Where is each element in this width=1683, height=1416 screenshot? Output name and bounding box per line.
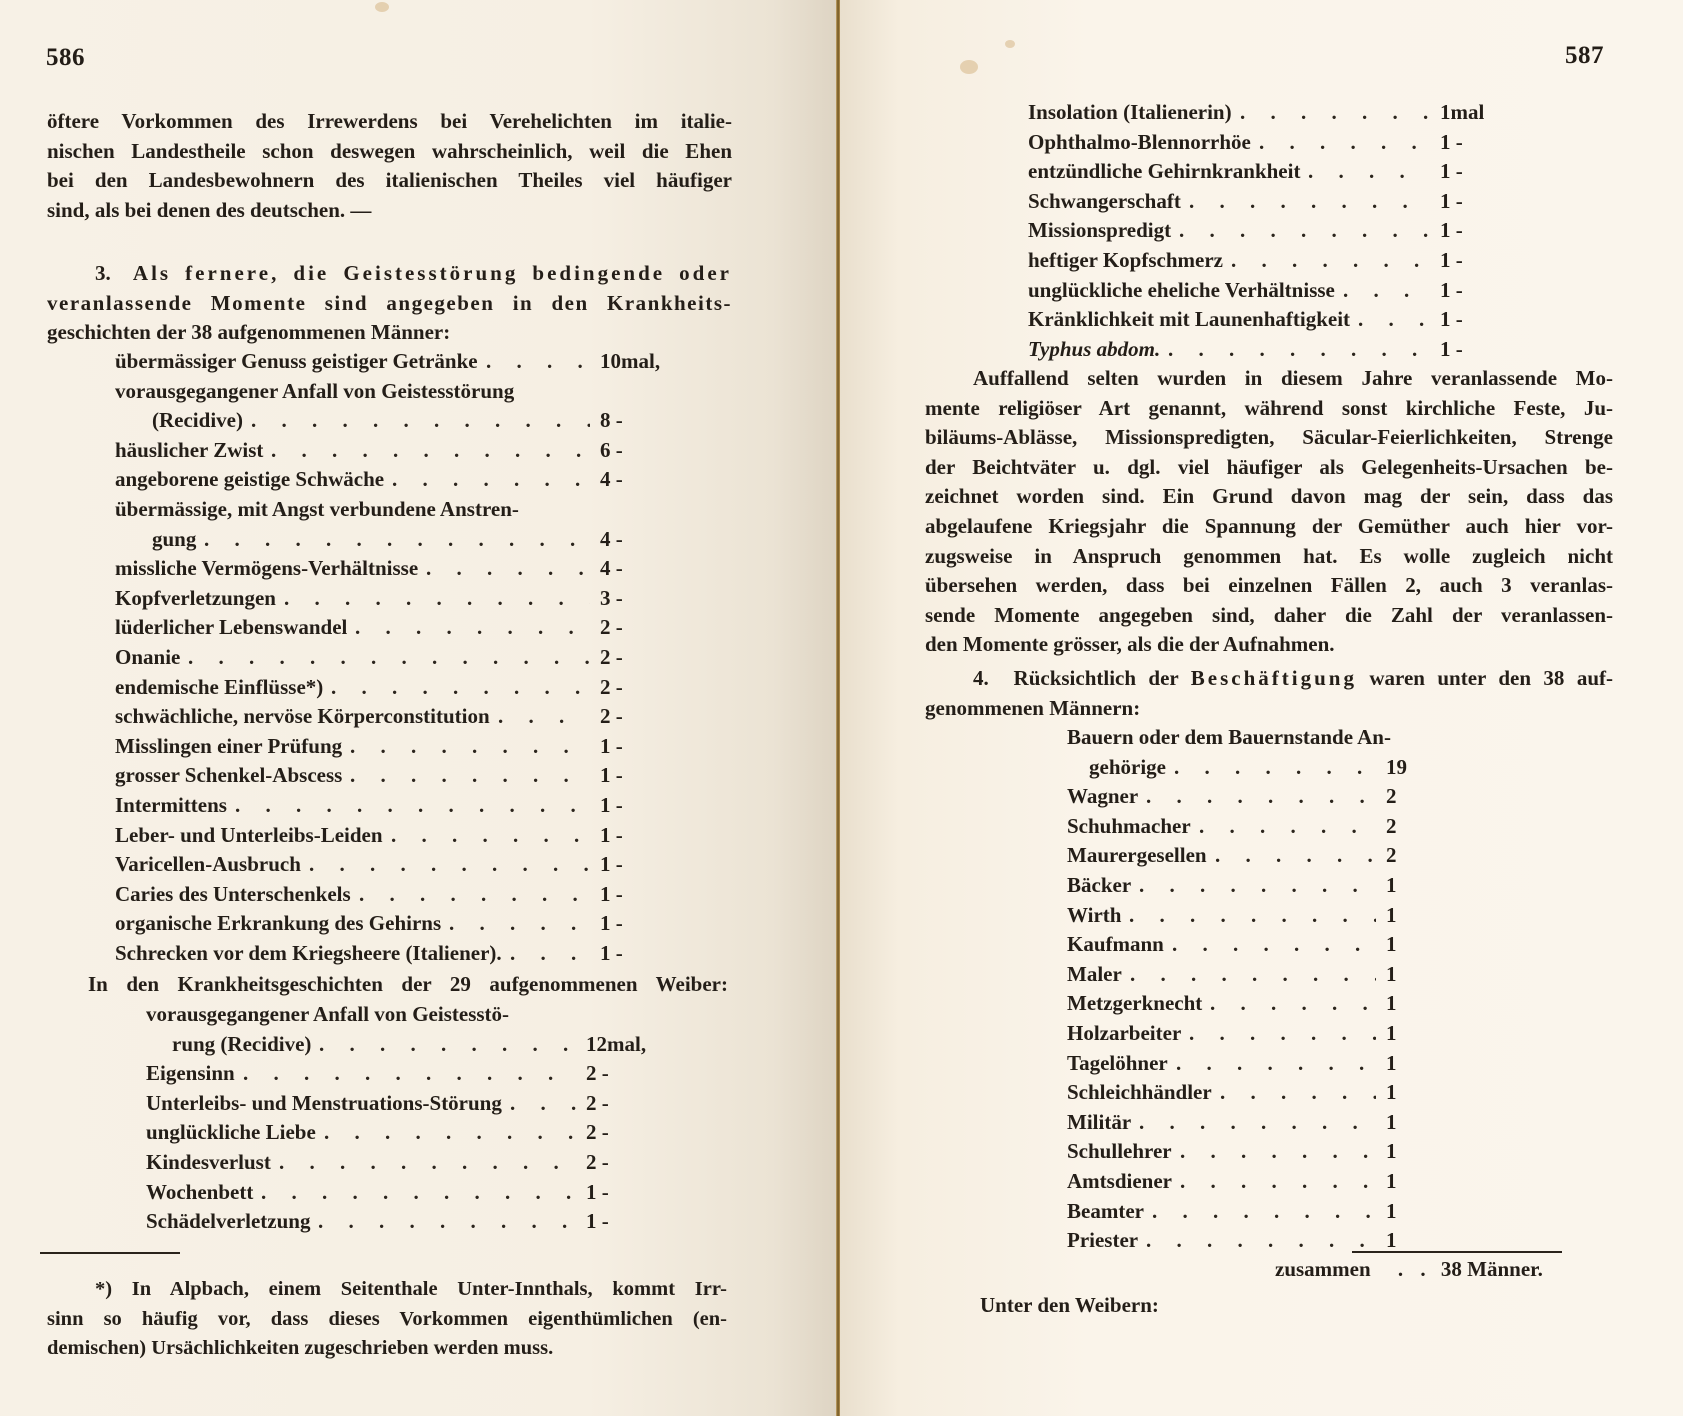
item-count: 1mal	[1440, 98, 1484, 128]
list-item: Wirth . . . . . . . . . . . . . . . . . …	[1067, 901, 1407, 931]
list-item: Schwangerschaft . . . . . . . . . . . . …	[1028, 187, 1468, 217]
item-count: 1 -	[1440, 187, 1463, 217]
list-item: Missionspredigt . . . . . . . . . . . . …	[1028, 216, 1468, 246]
list-item: Schädelverletzung . . . . . . . . . . . …	[146, 1207, 656, 1237]
item-count: 1 -	[1440, 246, 1463, 276]
item-label: Typhus abdom.	[1028, 335, 1160, 365]
leader-dots: . . . . . . . . . . . . . . . . . . . . …	[271, 436, 590, 466]
leader-dots: . . . . . . . . . . . . . . . . . . . . …	[1139, 871, 1376, 901]
leader-dots: . . . . . . . . . . . . . . . . . . . . …	[1172, 930, 1376, 960]
list-item: missliche Vermögens-Verhältnisse . . . .…	[115, 554, 675, 584]
leader-dots: . . . . . . . . . . . . . . . . . . . . …	[391, 821, 590, 851]
item-label: Schädelverletzung	[146, 1207, 310, 1237]
section-number: 4.	[973, 666, 989, 690]
section-number: 3.	[95, 261, 111, 285]
list-item: Misslingen einer Prüfung . . . . . . . .…	[115, 732, 675, 762]
leader-dots: . . . . . . . . . . . . . . . . . . . . …	[350, 761, 590, 791]
total-label: zusammen	[1275, 1257, 1371, 1281]
item-label: Kränklichkeit mit Launenhaftigkeit	[1028, 305, 1350, 335]
text-line: sinn so häufig vor, dass dieses Vorkomme…	[47, 1305, 727, 1335]
text-line: 3. Als fernere, die Geistesstörung bedin…	[47, 259, 732, 289]
leader-dots: . . . . . . . . . . . . . . . . . . . . …	[1189, 187, 1430, 217]
women-causes-list: vorausgegangener Anfall von Geistesstö-r…	[146, 1000, 656, 1237]
item-label: entzündliche Gehirnkrankheit	[1028, 157, 1300, 187]
item-label: übermässiger Genuss geistiger Getränke	[115, 347, 478, 377]
footnote: *) In Alpbach, einem Seitenthale Unter-I…	[47, 1275, 727, 1364]
leader-dots: . . . . . . . . . . . . . . . . . . . . …	[279, 1148, 576, 1178]
item-count: 1 -	[1440, 157, 1463, 187]
item-count: 2 -	[600, 673, 623, 703]
leader-dots: . . . . . . . . . . . . . . . . . . . . …	[243, 1059, 576, 1089]
item-label: Kaufmann	[1067, 930, 1164, 960]
leader-dots: . . . . . . . . . . . . . . . . . . . . …	[1180, 1137, 1376, 1167]
list-item: Kränklichkeit mit Launenhaftigkeit . . .…	[1028, 305, 1468, 335]
leader-dots: . . . . . . . . . . . . . . . . . . . . …	[426, 554, 590, 584]
leader-dots: . . . . . . . . . . . . . . . . . . . . …	[284, 584, 590, 614]
item-count: 1	[1386, 871, 1397, 901]
list-item: Tagelöhner . . . . . . . . . . . . . . .…	[1067, 1049, 1407, 1079]
leader-dots: . . . . . . . . . . . . . . . . . . . . …	[1189, 1019, 1376, 1049]
item-count: 1 -	[600, 850, 623, 880]
item-count: 1 -	[1440, 305, 1463, 335]
item-label: Missionspredigt	[1028, 216, 1171, 246]
leader-dots: . . . . . . . . . . . . . . . . . . . . …	[1168, 335, 1430, 365]
item-count: 4 -	[600, 554, 623, 584]
item-count: 1 -	[600, 791, 623, 821]
leader-dots: . . . . . . . . . . . . . . . . . . . . …	[1146, 1226, 1376, 1256]
leader-dots: . . . . . . . . . . . . . . . . . . . . …	[1240, 98, 1430, 128]
list-item: unglückliche Liebe . . . . . . . . . . .…	[146, 1118, 656, 1148]
item-count: 1 -	[600, 761, 623, 791]
list-item: rung (Recidive) . . . . . . . . . . . . …	[146, 1030, 656, 1060]
leader-dots: . . . . . . . . . . . . . . . . . . . . …	[188, 643, 590, 673]
text-line: übersehen werden, dass bei einzelnen Fäl…	[925, 571, 1613, 601]
item-count: 1 -	[600, 821, 623, 851]
list-item: Wochenbett . . . . . . . . . . . . . . .…	[146, 1178, 656, 1208]
item-label: Schleichhändler	[1067, 1078, 1212, 1108]
item-count: 3 -	[600, 584, 623, 614]
item-label: Intermittens	[115, 791, 227, 821]
item-label: Caries des Unterschenkels	[115, 880, 351, 910]
section-3-heading: 3. Als fernere, die Geistesstörung bedin…	[47, 259, 732, 348]
text-line: zugsweise in Anspruch genommen hat. Es w…	[925, 542, 1613, 572]
leader-dots: . .	[1398, 1257, 1432, 1281]
list-item: Kopfverletzungen . . . . . . . . . . . .…	[115, 584, 675, 614]
item-count: 4 -	[600, 465, 623, 495]
item-label: Maler	[1067, 960, 1122, 990]
list-item: lüderlicher Lebenswandel . . . . . . . .…	[115, 613, 675, 643]
leader-dots: . . . . . . . . . . . . . . . . . . . . …	[1308, 157, 1430, 187]
text-line: *) In Alpbach, einem Seitenthale Unter-I…	[47, 1275, 727, 1305]
text-line: sind, als bei denen des deutschen. —	[47, 196, 732, 226]
item-label: Holzarbeiter	[1067, 1019, 1181, 1049]
item-label: schwächliche, nervöse Körperconstitution	[115, 702, 490, 732]
text-line: bei den Landesbewohnern des italienische…	[47, 166, 732, 196]
list-item: Onanie . . . . . . . . . . . . . . . . .…	[115, 643, 675, 673]
item-label: unglückliche Liebe	[146, 1118, 316, 1148]
leader-dots: . . . . . . . . . . . . . . . . . . . . …	[1146, 782, 1376, 812]
item-count: 1	[1386, 1078, 1397, 1108]
leader-dots: . . . . . . . . . . . . . . . . . . . . …	[355, 613, 590, 643]
total-rule	[1352, 1251, 1562, 1253]
item-label: (Recidive)	[152, 406, 243, 436]
text-line: mente religiöser Art genannt, während so…	[925, 394, 1613, 424]
list-item: häuslicher Zwist . . . . . . . . . . . .…	[115, 436, 675, 466]
women-intro: In den Krankheitsgeschichten der 29 aufg…	[88, 970, 728, 1000]
text-span: Rücksichtlich der	[1014, 666, 1179, 690]
item-count: 2	[1386, 841, 1397, 871]
item-label: Bauern oder dem Bauernstande An-	[1067, 723, 1391, 753]
item-label: häuslicher Zwist	[115, 436, 263, 466]
list-item: Bäcker . . . . . . . . . . . . . . . . .…	[1067, 871, 1407, 901]
paper-stain	[1005, 40, 1015, 48]
text-line: geschichten der 38 aufgenommenen Männer:	[47, 318, 732, 348]
item-label: grosser Schenkel-Abscess	[115, 761, 342, 791]
leader-dots: . . . . . . . . . . . . . . . . . . . . …	[1259, 128, 1430, 158]
list-item: Amtsdiener . . . . . . . . . . . . . . .…	[1067, 1167, 1407, 1197]
item-label: rung (Recidive)	[172, 1030, 311, 1060]
item-label: missliche Vermögens-Verhältnisse	[115, 554, 418, 584]
leader-dots: . . . . . . . . . . . . . . . . . . . . …	[309, 850, 590, 880]
item-count: 1 -	[600, 939, 623, 969]
leader-dots: . . . . . . . . . . . . . . . . . . . . …	[318, 1207, 576, 1237]
women-causes-continued: Insolation (Italienerin) . . . . . . . .…	[1028, 98, 1468, 364]
list-item: endemische Einflüsse*) . . . . . . . . .…	[115, 673, 675, 703]
leader-dots: . . . . . . . . . . . . . . . . . . . . …	[1176, 1049, 1376, 1079]
list-item: Schrecken vor dem Kriegsheere (Italiener…	[115, 939, 675, 969]
item-label: Wirth	[1067, 901, 1121, 931]
item-label: Onanie	[115, 643, 180, 673]
list-item: Intermittens . . . . . . . . . . . . . .…	[115, 791, 675, 821]
text-line: nischen Landestheile schon deswegen wahr…	[47, 137, 732, 167]
item-count: 2 -	[586, 1148, 609, 1178]
list-item: vorausgegangener Anfall von Geistesstöru…	[115, 377, 675, 407]
item-count: 1	[1386, 901, 1397, 931]
item-count: 1	[1386, 1137, 1397, 1167]
religious-moments-paragraph: Auffallend selten wurden in diesem Jahre…	[925, 364, 1613, 660]
leader-dots: . . . . . . . . . . . . . . . . . . . . …	[1180, 1167, 1376, 1197]
leader-dots: . . . . . . . . . . . . . . . . . . . . …	[510, 1089, 576, 1119]
item-count: 2	[1386, 782, 1397, 812]
spaced-emphasis: Beschäftigung	[1191, 666, 1357, 690]
men-causes-list: übermässiger Genuss geistiger Getränke .…	[115, 347, 675, 968]
list-item: Schullehrer . . . . . . . . . . . . . . …	[1067, 1137, 1407, 1167]
item-label: Schullehrer	[1067, 1137, 1172, 1167]
list-item: übermässige, mit Angst verbundene Anstre…	[115, 495, 675, 525]
list-item: heftiger Kopfschmerz . . . . . . . . . .…	[1028, 246, 1468, 276]
text-span: Als fernere, die Geistesstörung bedingen…	[133, 261, 732, 285]
item-label: angeborene geistige Schwäche	[115, 465, 384, 495]
item-count: 1	[1386, 1197, 1397, 1227]
leader-dots: . . . . . . . . . . . . . . . . . . . . …	[486, 347, 590, 377]
intro-paragraph: öftere Vorkommen des Irrewerdens bei Ver…	[47, 107, 732, 225]
list-item: entzündliche Gehirnkrankheit . . . . . .…	[1028, 157, 1468, 187]
text-line: Auffallend selten wurden in diesem Jahre…	[925, 364, 1613, 394]
list-item: Maurergesellen . . . . . . . . . . . . .…	[1067, 841, 1407, 871]
list-item: Typhus abdom. . . . . . . . . . . . . . …	[1028, 335, 1468, 365]
item-count: 1	[1386, 960, 1397, 990]
list-item: übermässiger Genuss geistiger Getränke .…	[115, 347, 675, 377]
list-item: organische Erkrankung des Gehirns . . . …	[115, 909, 675, 939]
text-line: demischen) Ursächlichkeiten zugeschriebe…	[47, 1334, 727, 1364]
item-label: Kindesverlust	[146, 1148, 271, 1178]
list-item: Militär . . . . . . . . . . . . . . . . …	[1067, 1108, 1407, 1138]
leader-dots: . . . . . . . . . . . . . . . . . . . . …	[1231, 246, 1430, 276]
text-line: der Beichtväter u. dgl. viel häufiger al…	[925, 453, 1613, 483]
item-count: 1 -	[600, 732, 623, 762]
item-label: Priester	[1067, 1226, 1138, 1256]
leader-dots: . . . . . . . . . . . . . . . . . . . . …	[251, 406, 590, 436]
item-label: Eigensinn	[146, 1059, 235, 1089]
list-item: Insolation (Italienerin) . . . . . . . .…	[1028, 98, 1468, 128]
list-item: Holzarbeiter . . . . . . . . . . . . . .…	[1067, 1019, 1407, 1049]
list-item: Beamter . . . . . . . . . . . . . . . . …	[1067, 1197, 1407, 1227]
paper-stain	[375, 2, 389, 12]
leader-dots: . . . . . . . . . . . . . . . . . . . . …	[392, 465, 590, 495]
leader-dots: . . . . . . . . . . . . . . . . . . . . …	[1343, 276, 1430, 306]
list-item: Metzgerknecht . . . . . . . . . . . . . …	[1067, 989, 1407, 1019]
item-count: 2 -	[600, 643, 623, 673]
leader-dots: . . . . . . . . . . . . . . . . . . . . …	[1179, 216, 1430, 246]
text-line: zeichnet worden sind. Ein Grund davon ma…	[925, 482, 1613, 512]
list-item: Schuhmacher . . . . . . . . . . . . . . …	[1067, 812, 1407, 842]
item-count: 1	[1386, 930, 1397, 960]
leader-dots: . . . . . . . . . . . . . . . . . . . . …	[331, 673, 590, 703]
text-line: In den Krankheitsgeschichten der 29 aufg…	[88, 970, 728, 1000]
leader-dots: . . . . . . . . . . . . . . . . . . . . …	[324, 1118, 576, 1148]
item-label: Amtsdiener	[1067, 1167, 1172, 1197]
item-label: Militär	[1067, 1108, 1131, 1138]
footnote-rule	[40, 1252, 180, 1254]
leader-dots: . . . . . . . . . . . . . . . . . . . . …	[319, 1030, 576, 1060]
item-count: 1 -	[1440, 335, 1463, 365]
item-count: 1	[1386, 1108, 1397, 1138]
text-line: abgelaufene Kriegsjahr die Spannung der …	[925, 512, 1613, 542]
item-count: 1 -	[586, 1178, 609, 1208]
text-line: öftere Vorkommen des Irrewerdens bei Ver…	[47, 107, 732, 137]
item-label: vorausgegangener Anfall von Geistesstö-	[146, 1000, 509, 1030]
item-count: 1	[1386, 989, 1397, 1019]
item-count: 1 -	[586, 1207, 609, 1237]
item-count: 2	[1386, 812, 1397, 842]
item-label: Varicellen-Ausbruch	[115, 850, 301, 880]
item-count: 8 -	[600, 406, 623, 436]
item-label: unglückliche eheliche Verhältnisse	[1028, 276, 1335, 306]
leader-dots: . . . . . . . . . . . . . . . . . . . . …	[449, 909, 590, 939]
leader-dots: . . . . . . . . . . . . . . . . . . . . …	[510, 939, 590, 969]
item-count: 2 -	[586, 1089, 609, 1119]
list-item: Ophthalmo-Blennorrhöe . . . . . . . . . …	[1028, 128, 1468, 158]
item-label: Ophthalmo-Blennorrhöe	[1028, 128, 1251, 158]
total-value: 38 Männer.	[1441, 1257, 1543, 1281]
leader-dots: . . . . . . . . . . . . . . . . . . . . …	[1130, 960, 1376, 990]
list-item: Eigensinn . . . . . . . . . . . . . . . …	[146, 1059, 656, 1089]
leader-dots: . . . . . . . . . . . . . . . . . . . . …	[1215, 841, 1376, 871]
text-span: waren unter den 38 auf-	[1369, 666, 1613, 690]
item-count: 1 -	[1440, 276, 1463, 306]
item-label: Misslingen einer Prüfung	[115, 732, 342, 762]
item-count: 1 -	[1440, 128, 1463, 158]
list-item: gung . . . . . . . . . . . . . . . . . .…	[115, 525, 675, 555]
item-label: organische Erkrankung des Gehirns	[115, 909, 441, 939]
item-label: Leber- und Unterleibs-Leiden	[115, 821, 383, 851]
list-item: unglückliche eheliche Verhältnisse . . .…	[1028, 276, 1468, 306]
item-count: 19	[1386, 753, 1407, 783]
item-label: Schuhmacher	[1067, 812, 1191, 842]
item-label: lüderlicher Lebenswandel	[115, 613, 347, 643]
item-label: gung	[152, 525, 196, 555]
total-line: zusammen . . 38 Männer.	[1275, 1255, 1575, 1285]
paper-stain	[960, 60, 978, 74]
item-count: 2 -	[600, 613, 623, 643]
leader-dots: . . . . . . . . . . . . . . . . . . . . …	[261, 1178, 576, 1208]
item-count: 1 -	[600, 880, 623, 910]
list-item: Varicellen-Ausbruch . . . . . . . . . . …	[115, 850, 675, 880]
list-item: Schleichhändler . . . . . . . . . . . . …	[1067, 1078, 1407, 1108]
text-line: genommenen Männern:	[925, 694, 1613, 724]
item-label: gehörige	[1089, 753, 1166, 783]
item-label: Maurergesellen	[1067, 841, 1207, 871]
leader-dots: . . . . . . . . . . . . . . . . . . . . …	[1139, 1108, 1376, 1138]
right-page: 587 Insolation (Italienerin) . . . . . .…	[840, 0, 1683, 1416]
list-item: vorausgegangener Anfall von Geistesstö-	[146, 1000, 656, 1030]
item-label: Schwangerschaft	[1028, 187, 1181, 217]
women-occupations-heading: Unter den Weibern:	[980, 1291, 1159, 1321]
list-item: Caries des Unterschenkels . . . . . . . …	[115, 880, 675, 910]
item-label: Insolation (Italienerin)	[1028, 98, 1232, 128]
leader-dots: . . . . . . . . . . . . . . . . . . . . …	[1152, 1197, 1376, 1227]
left-page: 586 öftere Vorkommen des Irrewerdens bei…	[0, 0, 840, 1416]
item-label: Kopfverletzungen	[115, 584, 276, 614]
list-item: Wagner . . . . . . . . . . . . . . . . .…	[1067, 782, 1407, 812]
item-count: 12mal,	[586, 1030, 646, 1060]
item-label: Schrecken vor dem Kriegsheere (Italiener…	[115, 939, 502, 969]
leader-dots: . . . . . . . . . . . . . . . . . . . . …	[1210, 989, 1376, 1019]
page-number: 587	[1565, 42, 1604, 70]
text-line: sende Momente angegeben sind, daher die …	[925, 601, 1613, 631]
leader-dots: . . . . . . . . . . . . . . . . . . . . …	[1358, 305, 1430, 335]
item-count: 2 -	[600, 702, 623, 732]
text-line: den Momente grösser, als die der Aufnahm…	[925, 630, 1613, 660]
item-count: 1	[1386, 1167, 1397, 1197]
list-item: (Recidive) . . . . . . . . . . . . . . .…	[115, 406, 675, 436]
list-item: gehörige . . . . . . . . . . . . . . . .…	[1067, 753, 1407, 783]
leader-dots: . . . . . . . . . . . . . . . . . . . . …	[1199, 812, 1376, 842]
list-item: Kindesverlust . . . . . . . . . . . . . …	[146, 1148, 656, 1178]
item-count: 6 -	[600, 436, 623, 466]
item-label: Tagelöhner	[1067, 1049, 1168, 1079]
list-item: Unterleibs- und Menstruations-Störung . …	[146, 1089, 656, 1119]
list-item: Leber- und Unterleibs-Leiden . . . . . .…	[115, 821, 675, 851]
text-line: 4. Rücksichtlich der Beschäftigung waren…	[925, 664, 1613, 694]
list-item: grosser Schenkel-Abscess . . . . . . . .…	[115, 761, 675, 791]
item-count: 1	[1386, 1049, 1397, 1079]
item-label: endemische Einflüsse*)	[115, 673, 323, 703]
list-item: Kaufmann . . . . . . . . . . . . . . . .…	[1067, 930, 1407, 960]
book-gutter	[836, 0, 840, 1416]
item-label: Metzgerknecht	[1067, 989, 1202, 1019]
item-count: 2 -	[586, 1118, 609, 1148]
page-number: 586	[46, 44, 85, 72]
item-count: 2 -	[586, 1059, 609, 1089]
list-item: Maler . . . . . . . . . . . . . . . . . …	[1067, 960, 1407, 990]
item-label: vorausgegangener Anfall von Geistesstöru…	[115, 377, 514, 407]
item-count: 4 -	[600, 525, 623, 555]
occupations-list: Bauern oder dem Bauernstande An-gehörige…	[1067, 723, 1407, 1256]
item-label: Wagner	[1067, 782, 1138, 812]
list-item: Bauern oder dem Bauernstande An-	[1067, 723, 1407, 753]
list-item: schwächliche, nervöse Körperconstitution…	[115, 702, 675, 732]
leader-dots: . . . . . . . . . . . . . . . . . . . . …	[204, 525, 590, 555]
list-item: angeborene geistige Schwäche . . . . . .…	[115, 465, 675, 495]
item-label: übermässige, mit Angst verbundene Anstre…	[115, 495, 519, 525]
item-count: 1 -	[1440, 216, 1463, 246]
leader-dots: . . . . . . . . . . . . . . . . . . . . …	[1220, 1078, 1376, 1108]
item-label: Bäcker	[1067, 871, 1131, 901]
leader-dots: . . . . . . . . . . . . . . . . . . . . …	[350, 732, 590, 762]
item-label: Wochenbett	[146, 1178, 253, 1208]
section-4-heading: 4. Rücksichtlich der Beschäftigung waren…	[925, 664, 1613, 723]
item-label: Beamter	[1067, 1197, 1144, 1227]
text-line: biläums-Ablässe, Missionspredigten, Säcu…	[925, 423, 1613, 453]
leader-dots: . . . . . . . . . . . . . . . . . . . . …	[359, 880, 590, 910]
item-count: 10mal,	[600, 347, 660, 377]
leader-dots: . . . . . . . . . . . . . . . . . . . . …	[235, 791, 590, 821]
text-line: veranlassende Momente sind angegeben in …	[47, 289, 732, 319]
leader-dots: . . . . . . . . . . . . . . . . . . . . …	[498, 702, 590, 732]
item-count: 1	[1386, 1019, 1397, 1049]
item-label: Unterleibs- und Menstruations-Störung	[146, 1089, 502, 1119]
leader-dots: . . . . . . . . . . . . . . . . . . . . …	[1129, 901, 1376, 931]
item-count: 1 -	[600, 909, 623, 939]
item-label: heftiger Kopfschmerz	[1028, 246, 1223, 276]
leader-dots: . . . . . . . . . . . . . . . . . . . . …	[1174, 753, 1376, 783]
